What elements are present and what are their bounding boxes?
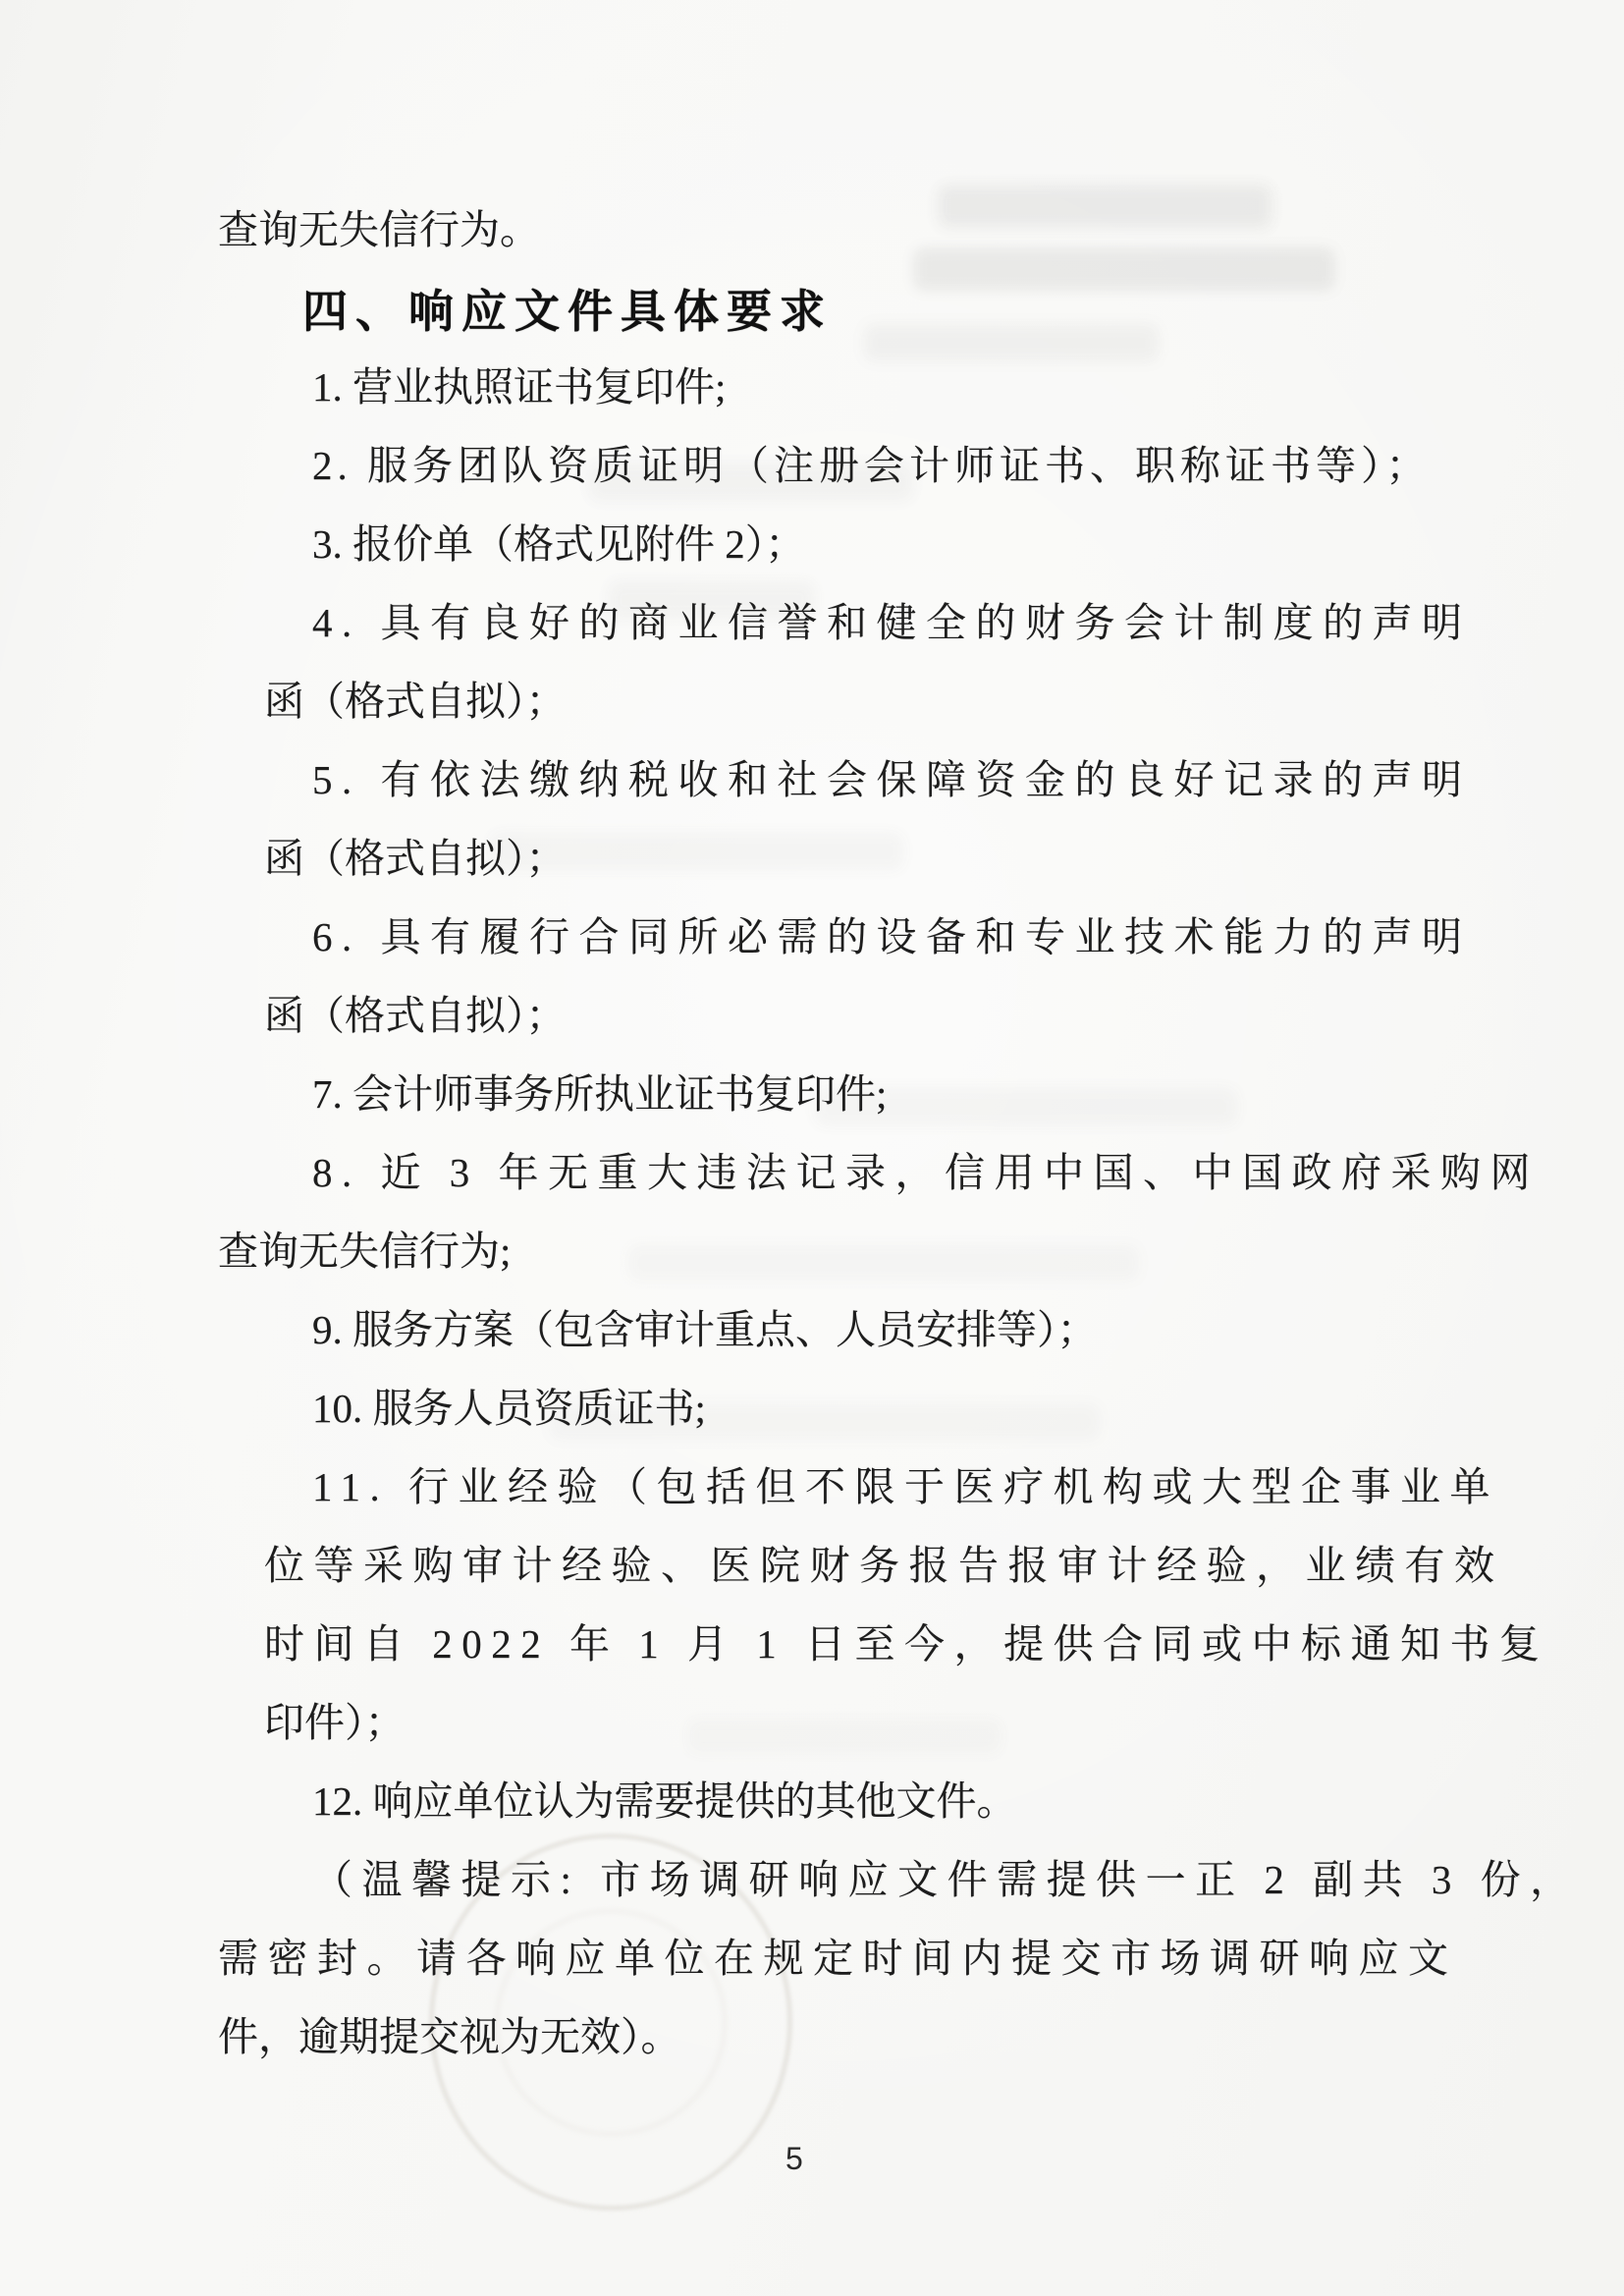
- bleedthrough-artifact: [938, 185, 1272, 228]
- doc-line-23: 件，逾期提交视为无效）。: [218, 2014, 681, 2060]
- doc-line-6: 函（格式自拟）；: [264, 679, 567, 725]
- bleedthrough-artifact: [628, 1245, 1139, 1281]
- doc-line-13: 查询无失信行为;: [218, 1229, 511, 1275]
- doc-line-3: 2. 服务团队资质证明（注册会计师证书、职称证书等）；: [312, 443, 1432, 489]
- doc-line-21: （温馨提示: 市场调研响应文件需提供一正 2 副共 3 份，: [312, 1857, 1580, 1903]
- doc-line-16: 11. 行业经验（包括但不限于医疗机构或大型企事业单: [312, 1464, 1499, 1510]
- doc-line-10: 函（格式自拟）；: [264, 993, 567, 1039]
- doc-line-9: 6. 具有履行合同所必需的设备和专业技术能力的声明: [312, 914, 1472, 960]
- doc-line-4: 3. 报价单（格式见附件 2）；: [312, 521, 805, 568]
- doc-line-0: 查询无失信行为。: [218, 207, 540, 253]
- section-heading: 四、响应文件具体要求: [302, 286, 833, 338]
- doc-line-18: 时间自 2022 年 1 月 1 日至今，提供合同或中标通知书复: [264, 1621, 1549, 1667]
- doc-line-17: 位等采购审计经验、医院财务报告报审计经验，业绩有效: [264, 1543, 1504, 1589]
- doc-line-2: 1. 营业执照证书复印件;: [312, 364, 726, 410]
- page-number: 5: [785, 2141, 803, 2177]
- bleedthrough-artifact: [687, 1719, 1001, 1754]
- doc-line-15: 10. 服务人员资质证书;: [312, 1386, 706, 1432]
- scanned-document-page: 查询无失信行为。四、响应文件具体要求1. 营业执照证书复印件;2. 服务团队资质…: [0, 0, 1624, 2296]
- doc-line-19: 印件）；: [264, 1700, 406, 1746]
- doc-line-12: 8. 近 3 年无重大违法记录，信用中国、中国政府采购网: [312, 1150, 1540, 1196]
- doc-line-11: 7. 会计师事务所执业证书复印件;: [312, 1071, 887, 1118]
- doc-line-5: 4. 具有良好的商业信誉和健全的财务会计制度的声明: [312, 600, 1472, 646]
- doc-line-20: 12. 响应单位认为需要提供的其他文件。: [312, 1778, 1017, 1825]
- doc-line-22: 需密封。请各响应单位在规定时间内提交市场调研响应文: [218, 1936, 1458, 1982]
- doc-line-8: 函（格式自拟）；: [264, 836, 567, 882]
- doc-line-14: 9. 服务方案（包含审计重点、人员安排等）；: [312, 1307, 1098, 1353]
- bleedthrough-artifact: [913, 247, 1335, 291]
- doc-line-7: 5. 有依法缴纳税收和社会保障资金的良好记录的声明: [312, 757, 1472, 803]
- bleedthrough-artifact: [864, 324, 1159, 361]
